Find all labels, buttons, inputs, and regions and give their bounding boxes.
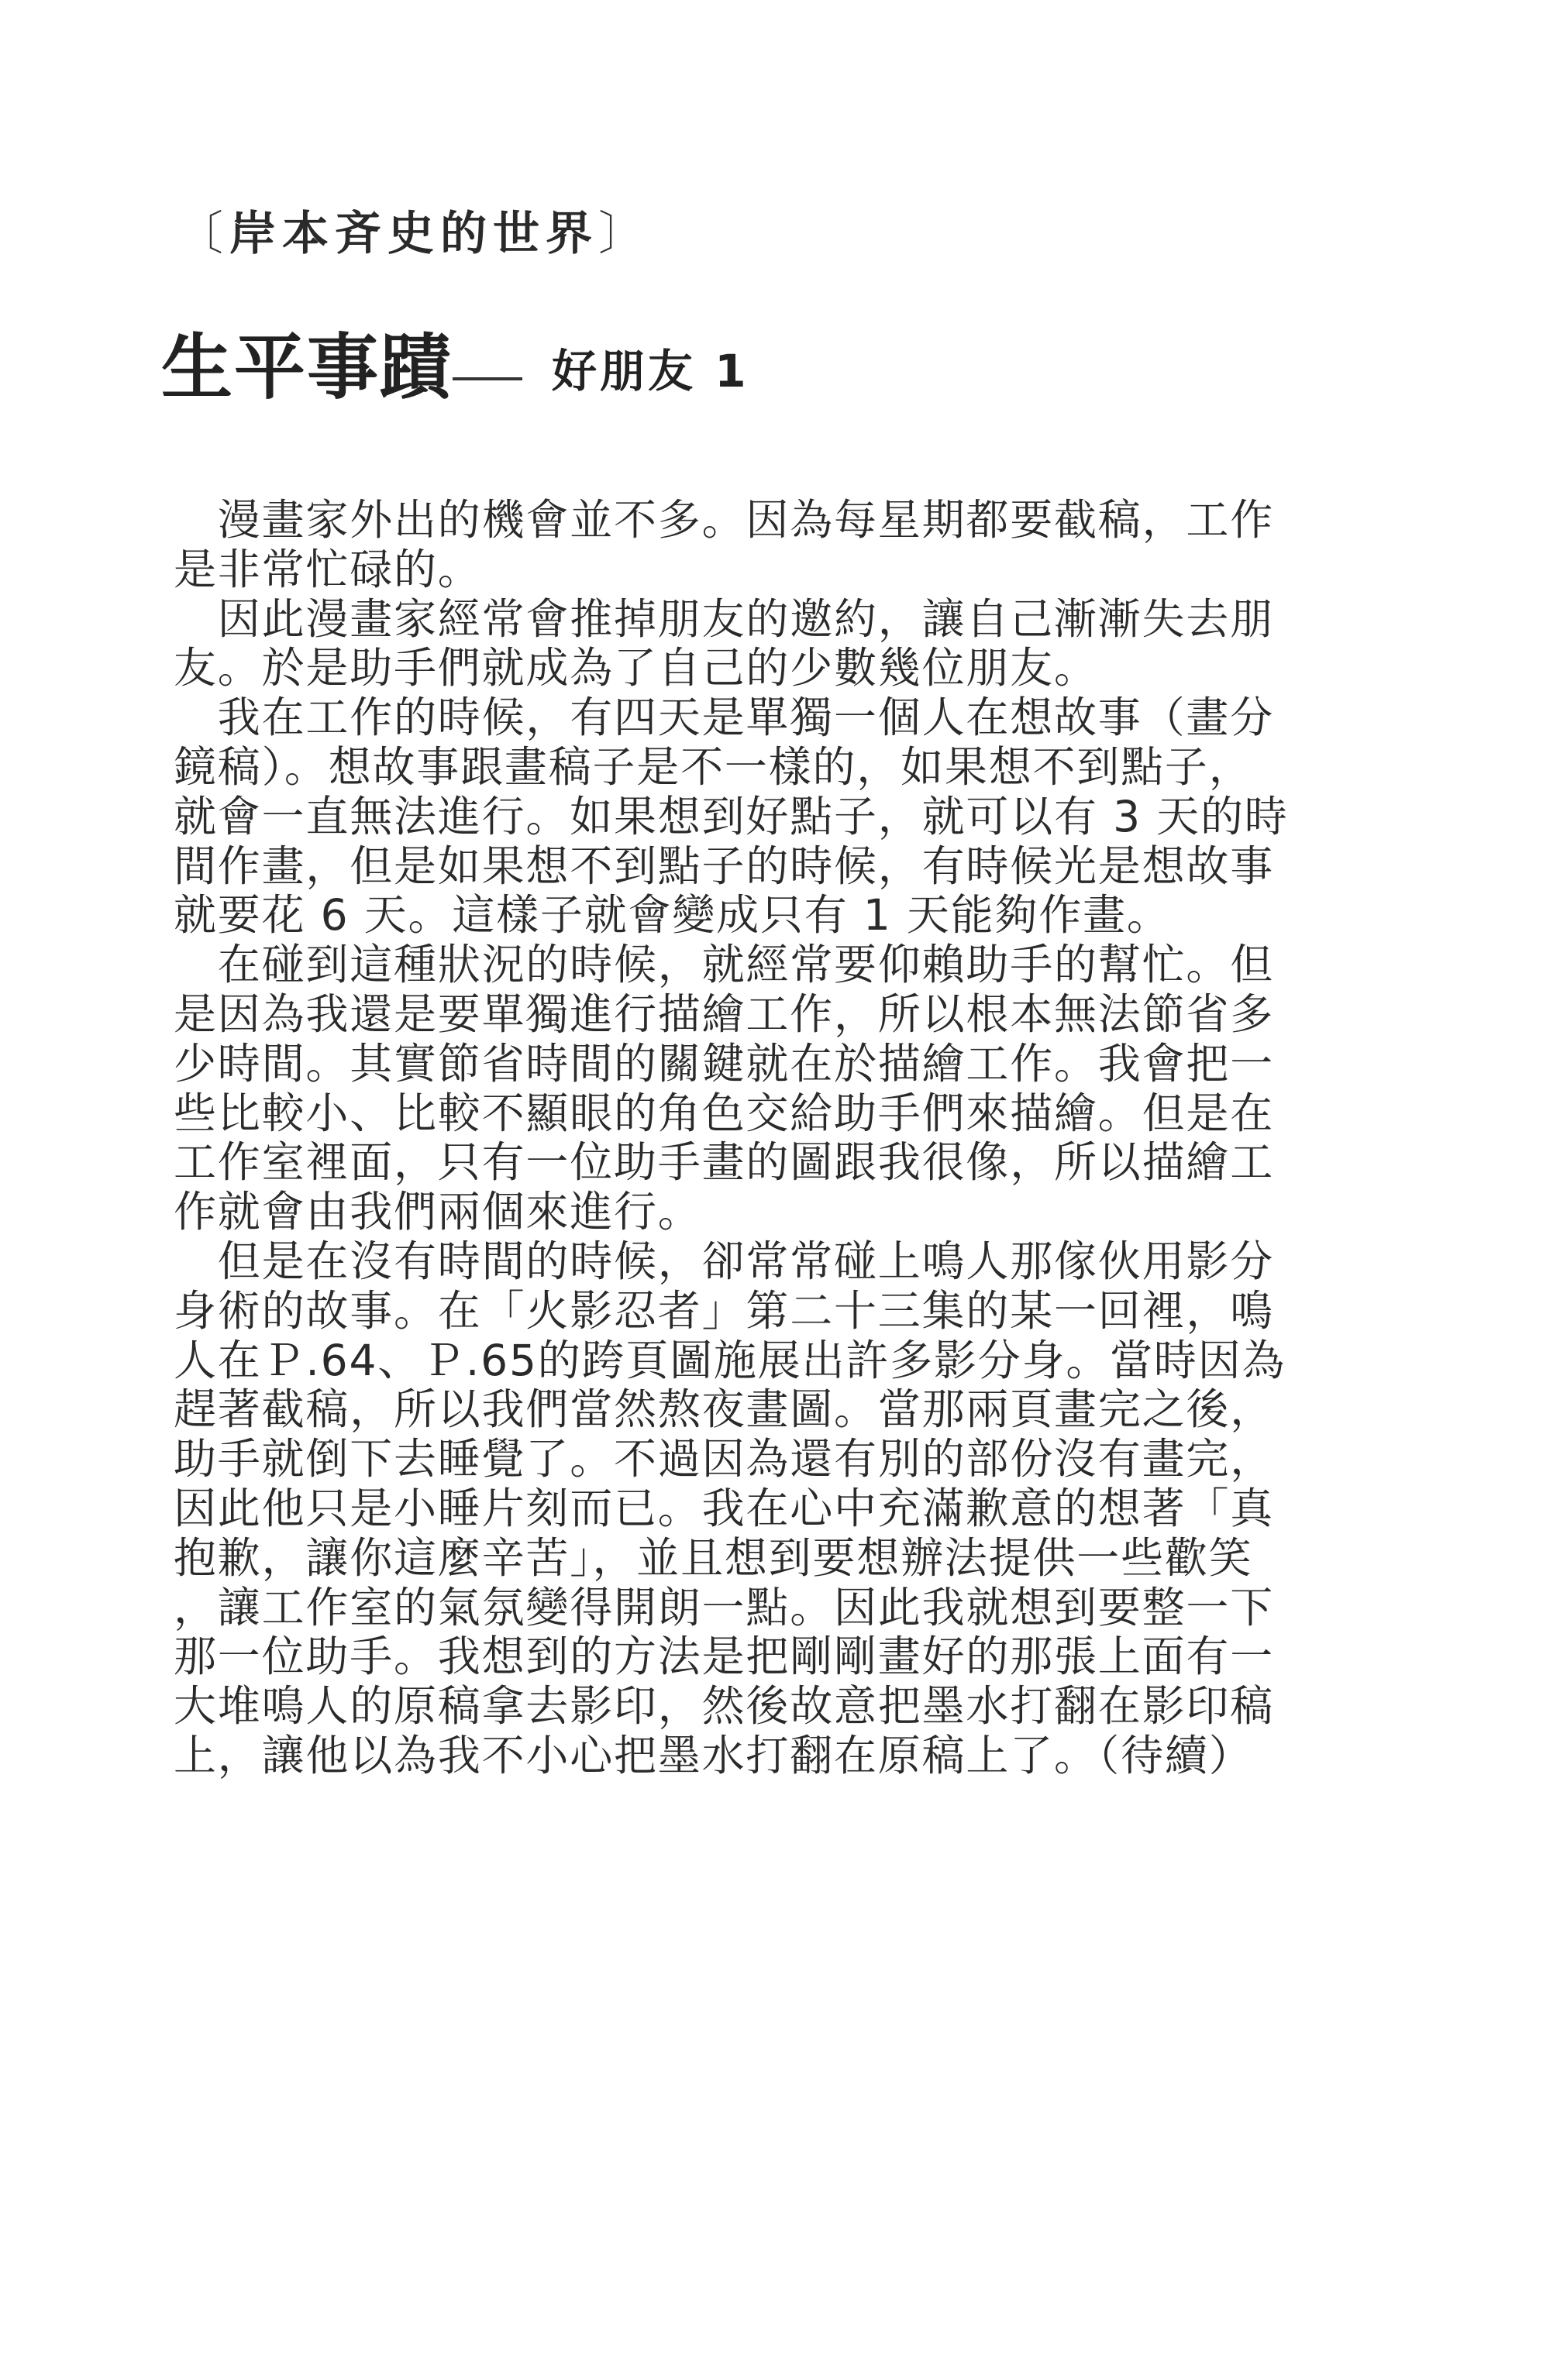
text-line: 些比較小、比較不顯眼的角色交給助手們來描繪。但是在	[174, 1089, 1445, 1139]
text-line: 我在工作的時候，有四天是單獨一個人在想故事（畫分	[174, 693, 1445, 743]
text-line: 因此他只是小睡片刻而已。我在心中充滿歉意的想著「真	[174, 1484, 1445, 1534]
text-line: 是因為我還是要單獨進行描繪工作，所以根本無法節省多	[174, 990, 1445, 1040]
text-line: 漫畫家外出的機會並不多。因為每星期都要截稿，工作	[174, 496, 1445, 545]
bracket-close: 〕	[598, 207, 651, 261]
text-line: ，讓工作室的氣氛變得開朗一點。因此我就想到要整一下	[174, 1584, 1445, 1633]
text-line: 作就會由我們兩個來進行。	[174, 1188, 1445, 1237]
text-line: 身術的故事。在「火影忍者」第二十三集的某一回裡，鳴	[174, 1287, 1445, 1336]
text-line: 抱歉，讓你這麼辛苦」，並且想到要想辦法提供一些歡笑	[174, 1534, 1445, 1584]
body-text: 漫畫家外出的機會並不多。因為每星期都要截稿，工作 是非常忙碌的。 因此漫畫家經常…	[174, 496, 1445, 1781]
series-title: 岸本斉史的世界	[229, 207, 598, 261]
bracket-open: 〔	[177, 207, 229, 261]
text-line: 鏡稿）。想故事跟畫稿子是不一樣的，如果想不到點子，	[174, 743, 1445, 793]
text-line: 少時間。其實節省時間的關鍵就在於描繪工作。我會把一	[174, 1040, 1445, 1089]
title-dash-divider	[453, 377, 522, 380]
text-line: 但是在沒有時間的時候，卻常常碰上鳴人那傢伙用影分	[174, 1237, 1445, 1287]
text-line: 友。於是助手們就成為了自己的少數幾位朋友。	[174, 644, 1445, 693]
text-line: 助手就倒下去睡覺了。不過因為還有別的部份沒有畫完，	[174, 1435, 1445, 1484]
series-header: 〔岸本斉史的世界〕	[177, 203, 651, 265]
text-line: 大堆鳴人的原稿拿去影印，然後故意把墨水打翻在影印稿	[174, 1682, 1445, 1732]
text-line: 就會一直無法進行。如果想到好點子，就可以有 3 天的時	[174, 793, 1445, 842]
text-line: 上，讓他以為我不小心把墨水打翻在原稿上了。（待續）	[174, 1732, 1445, 1781]
text-line: 那一位助手。我想到的方法是把剛剛畫好的那張上面有一	[174, 1632, 1445, 1682]
text-line: 人在Ｐ.64、Ｐ.65的跨頁圖施展出許多影分身。當時因為	[174, 1336, 1445, 1386]
main-title: 生平事蹟	[161, 329, 453, 407]
text-line: 工作室裡面，只有一位助手畫的圖跟我很像，所以描繪工	[174, 1138, 1445, 1188]
text-line: 在碰到這種狀況的時候，就經常要仰賴助手的幫忙。但	[174, 941, 1445, 990]
sub-title: 好朋友 1	[552, 340, 749, 407]
text-line: 是非常忙碌的。	[174, 545, 1445, 595]
text-line: 因此漫畫家經常會推掉朋友的邀約，讓自己漸漸失去朋	[174, 595, 1445, 645]
article-title: 生平事蹟 好朋友 1	[161, 329, 749, 407]
text-line: 就要花 6 天。這樣子就會變成只有 1 天能夠作畫。	[174, 891, 1445, 941]
text-line: 趕著截稿，所以我們當然熬夜畫圖。當那兩頁畫完之後，	[174, 1385, 1445, 1435]
book-page: 〔岸本斉史的世界〕 生平事蹟 好朋友 1 漫畫家外出的機會並不多。因為每星期都要…	[0, 0, 1567, 2380]
text-line: 間作畫，但是如果想不到點子的時候，有時候光是想故事	[174, 842, 1445, 892]
